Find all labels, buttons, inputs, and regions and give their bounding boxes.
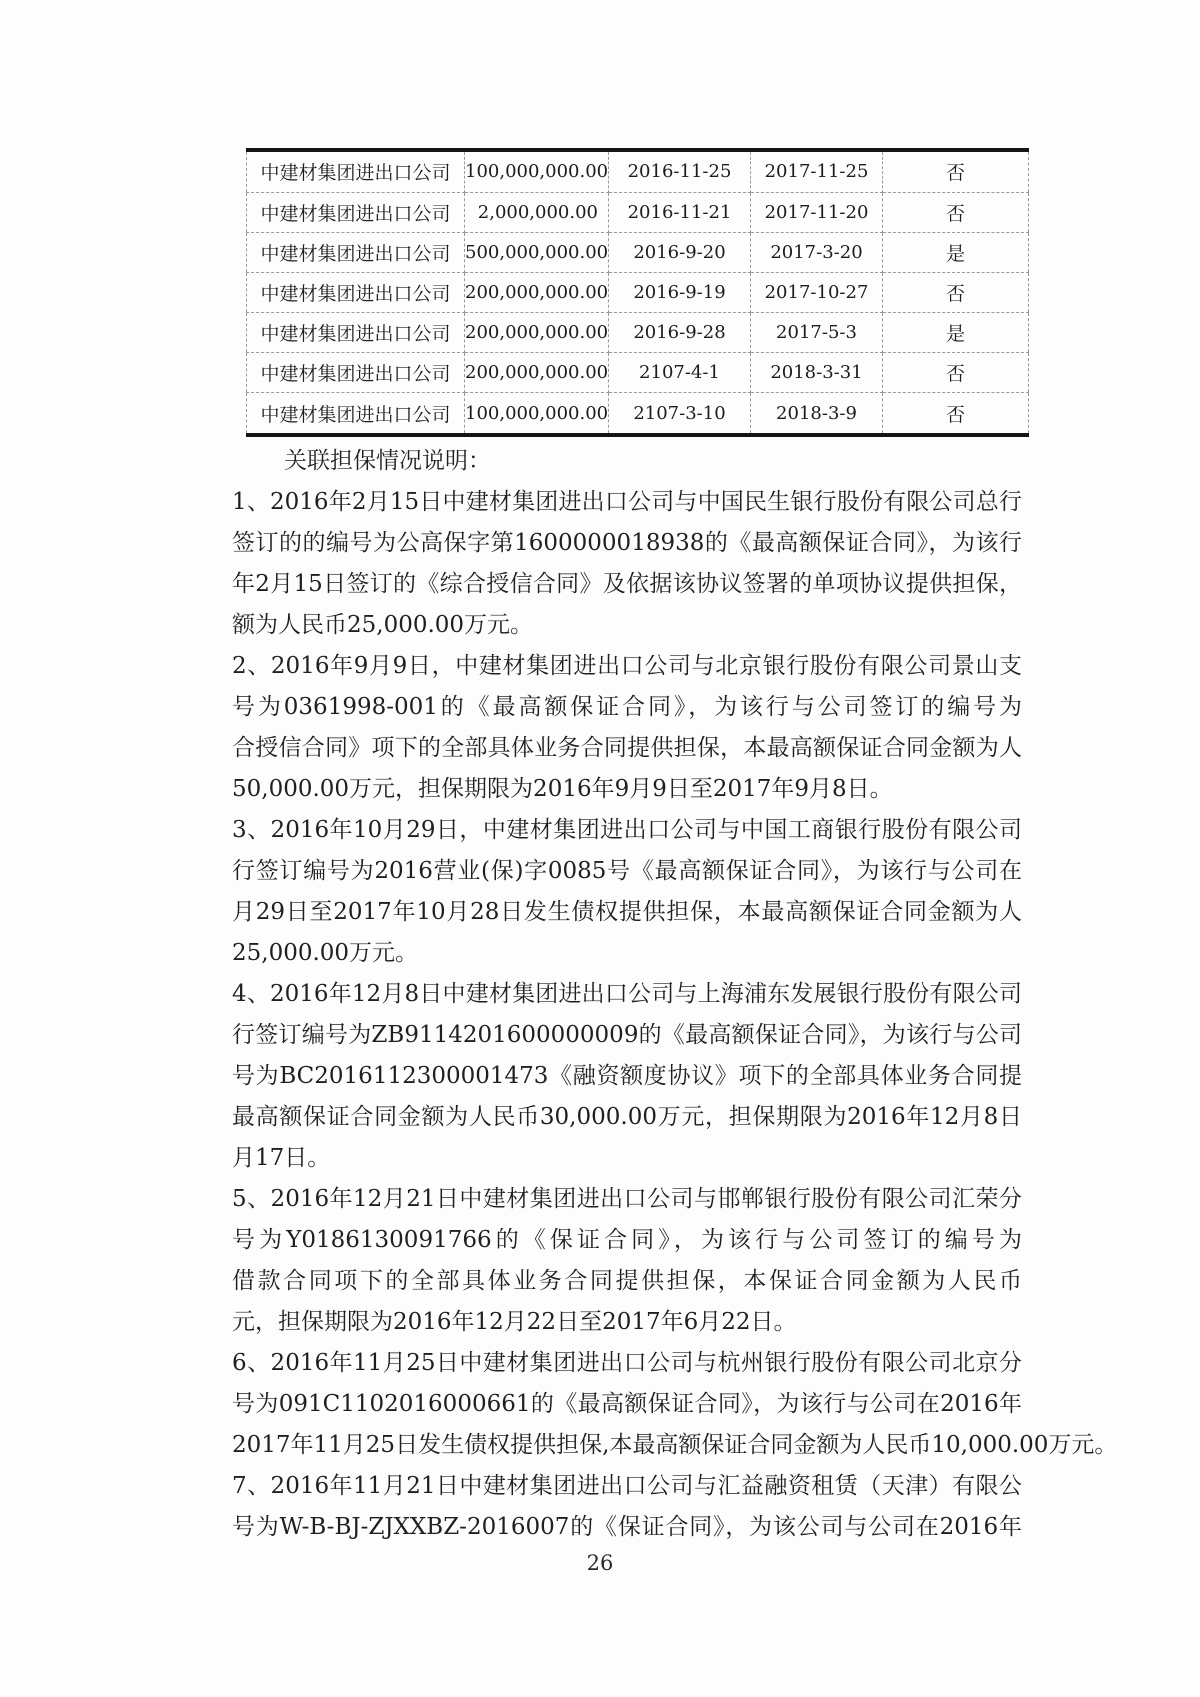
paragraph-line: 元，担保期限为2016年12月22日至2017年6月22日。: [232, 1302, 1022, 1343]
paragraph-line: 行签订编号为ZB9114201600000009的《最高额保证合同》，为该行与公…: [232, 1015, 1022, 1056]
cell-end: 2018-3-31: [751, 353, 883, 393]
paragraph-line: 2017年11月25日发生债权提供担保,本最高额保证合同金额为人民币10,000…: [232, 1425, 1022, 1466]
table-row: 中建材集团进出口公司100,000,000.002016-11-252017-1…: [247, 150, 1029, 192]
cell-end: 2017-5-3: [751, 313, 883, 353]
paragraph-line: 2、2016年9月9日，中建材集团进出口公司与北京银行股份有限公司景山支行签订编: [232, 646, 1022, 687]
paragraph-line: 号为0361998-001的《最高额保证合同》，为该行与公司签订的编号为0361…: [232, 687, 1022, 728]
paragraph-line: 借款合同项下的全部具体业务合同提供担保，本保证合同金额为人民币20,000.00…: [232, 1261, 1022, 1302]
cell-start: 2016-9-28: [609, 313, 751, 353]
table-row: 中建材集团进出口公司200,000,000.002016-9-192017-10…: [247, 272, 1029, 312]
paragraph-line: 3、2016年10月29日，中建材集团进出口公司与中国工商银行股份有限公司北京市…: [232, 810, 1022, 851]
cell-flag: 否: [883, 192, 1029, 232]
paragraph-line: 号为091C1102016000661的《最高额保证合同》，为该行与公司在201…: [232, 1384, 1022, 1425]
paragraph-line: 1、2016年2月15日中建材集团进出口公司与中国民生银行股份有限公司总行营业部: [232, 482, 1022, 523]
paragraph-line: 额为人民币25,000.00万元。: [232, 605, 1022, 646]
paragraph-line: 行签订编号为2016营业(保)字0085号《最高额保证合同》，为该行与公司在20…: [232, 851, 1022, 892]
cell-end: 2018-3-9: [751, 393, 883, 435]
cell-end: 2017-11-20: [751, 192, 883, 232]
cell-end: 2017-11-25: [751, 150, 883, 192]
cell-amount: 100,000,000.00: [465, 150, 609, 192]
cell-amount: 500,000,000.00: [465, 232, 609, 272]
cell-amount: 200,000,000.00: [465, 272, 609, 312]
cell-start: 2107-3-10: [609, 393, 751, 435]
cell-party: 中建材集团进出口公司: [247, 393, 465, 435]
cell-flag: 是: [883, 313, 1029, 353]
guarantee-table-body: 中建材集团进出口公司100,000,000.002016-11-252017-1…: [247, 150, 1029, 435]
cell-flag: 否: [883, 393, 1029, 435]
cell-start: 2016-11-21: [609, 192, 751, 232]
paragraph-line: 号为W-B-BJ-ZJXXBZ-2016007的《保证合同》，为该公司与公司在2…: [232, 1507, 1022, 1548]
paragraph-line: 4、2016年12月8日中建材集团进出口公司与上海浦东发展银行股份有限公司北京分: [232, 974, 1022, 1015]
cell-start: 2107-4-1: [609, 353, 751, 393]
cell-party: 中建材集团进出口公司: [247, 232, 465, 272]
cell-flag: 是: [883, 232, 1029, 272]
guarantee-table: 中建材集团进出口公司100,000,000.002016-11-252017-1…: [246, 148, 1029, 437]
cell-amount: 200,000,000.00: [465, 313, 609, 353]
table-row: 中建材集团进出口公司100,000,000.002107-3-102018-3-…: [247, 393, 1029, 435]
cell-amount: 200,000,000.00: [465, 353, 609, 393]
paragraph-line: 7、2016年11月21日中建材集团进出口公司与汇益融资租赁（天津）有限公司签订…: [232, 1466, 1022, 1507]
paragraph-line: 合授信合同》项下的全部具体业务合同提供担保，本最高额保证合同金额为人民币: [232, 728, 1022, 769]
paragraph-line: 月29日至2017年10月28日发生债权提供担保，本最高额保证合同金额为人民币: [232, 892, 1022, 933]
cell-amount: 2,000,000.00: [465, 192, 609, 232]
cell-end: 2017-10-27: [751, 272, 883, 312]
cell-flag: 否: [883, 150, 1029, 192]
table-row: 中建材集团进出口公司200,000,000.002016-9-282017-5-…: [247, 313, 1029, 353]
paragraph-line: 6、2016年11月25日中建材集团进出口公司与杭州银行股份有限公司北京分行签订…: [232, 1343, 1022, 1384]
paragraph-line: 年2月15日签订的《综合授信合同》及依据该协议签署的单项协议提供担保，担保金: [232, 564, 1022, 605]
table-row: 中建材集团进出口公司500,000,000.002016-9-202017-3-…: [247, 232, 1029, 272]
cell-party: 中建材集团进出口公司: [247, 353, 465, 393]
cell-start: 2016-11-25: [609, 150, 751, 192]
paragraph-line: 25,000.00万元。: [232, 933, 1022, 974]
paragraph-line: 号为Y0186130091766的《保证合同》，为该行与公司签订的编号为xd20…: [232, 1220, 1022, 1261]
cell-flag: 否: [883, 353, 1029, 393]
cell-flag: 否: [883, 272, 1029, 312]
cell-start: 2016-9-19: [609, 272, 751, 312]
table-row: 中建材集团进出口公司200,000,000.002107-4-12018-3-3…: [247, 353, 1029, 393]
cell-end: 2017-3-20: [751, 232, 883, 272]
paragraph-line: 5、2016年12月21日中建材集团进出口公司与邯郸银行股份有限公司汇荣分行签订…: [232, 1179, 1022, 1220]
document-page: 中建材集团进出口公司100,000,000.002016-11-252017-1…: [0, 0, 1200, 1697]
table-row: 中建材集团进出口公司2,000,000.002016-11-212017-11-…: [247, 192, 1029, 232]
paragraph-line: 签订的的编号为公高保字第1600000018938的《最高额保证合同》，为该行与…: [232, 523, 1022, 564]
cell-amount: 100,000,000.00: [465, 393, 609, 435]
section-heading: 关联担保情况说明：: [232, 441, 1022, 482]
paragraph-line: 月17日。: [232, 1138, 1022, 1179]
paragraph-line: 最高额保证合同金额为人民币30,000.00万元，担保期限为2016年12月8日…: [232, 1097, 1022, 1138]
guarantee-notes-section: 关联担保情况说明： 1、2016年2月15日中建材集团进出口公司与中国民生银行股…: [232, 441, 1022, 1548]
cell-party: 中建材集团进出口公司: [247, 313, 465, 353]
cell-start: 2016-9-20: [609, 232, 751, 272]
cell-party: 中建材集团进出口公司: [247, 150, 465, 192]
paragraph-line: 50,000.00万元，担保期限为2016年9月9日至2017年9月8日。: [232, 769, 1022, 810]
cell-party: 中建材集团进出口公司: [247, 192, 465, 232]
page-number: 26: [0, 1550, 1200, 1576]
paragraphs: 1、2016年2月15日中建材集团进出口公司与中国民生银行股份有限公司总行营业部…: [232, 482, 1022, 1548]
paragraph-line: 号为BC2016112300001473《融资额度协议》项下的全部具体业务合同提…: [232, 1056, 1022, 1097]
cell-party: 中建材集团进出口公司: [247, 272, 465, 312]
